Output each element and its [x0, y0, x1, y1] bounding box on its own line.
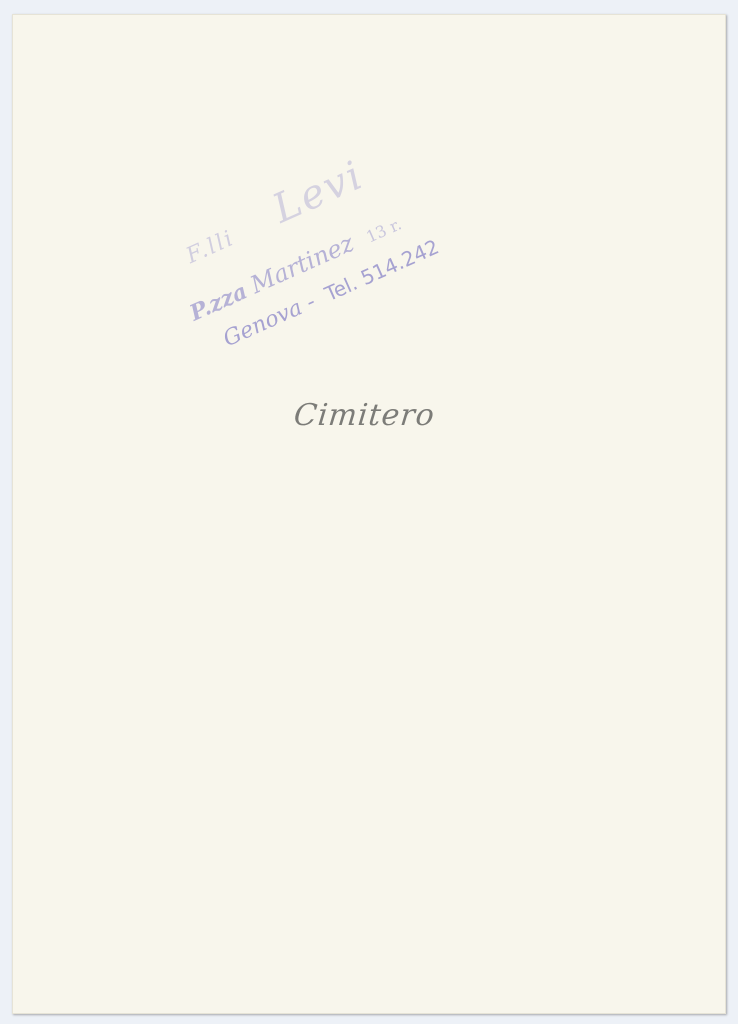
stamp-studio-prefix: F.lli: [183, 226, 239, 269]
stamp-studio-name: Levi: [266, 152, 370, 232]
handwritten-note: Cimitero: [292, 398, 436, 433]
photographer-stamp: F.lli Levi P.zza Martinez 13 r. Genova -…: [135, 108, 509, 421]
stamp-address-number: 13 r.: [363, 214, 404, 246]
photo-back-paper: F.lli Levi P.zza Martinez 13 r. Genova -…: [12, 14, 726, 1014]
